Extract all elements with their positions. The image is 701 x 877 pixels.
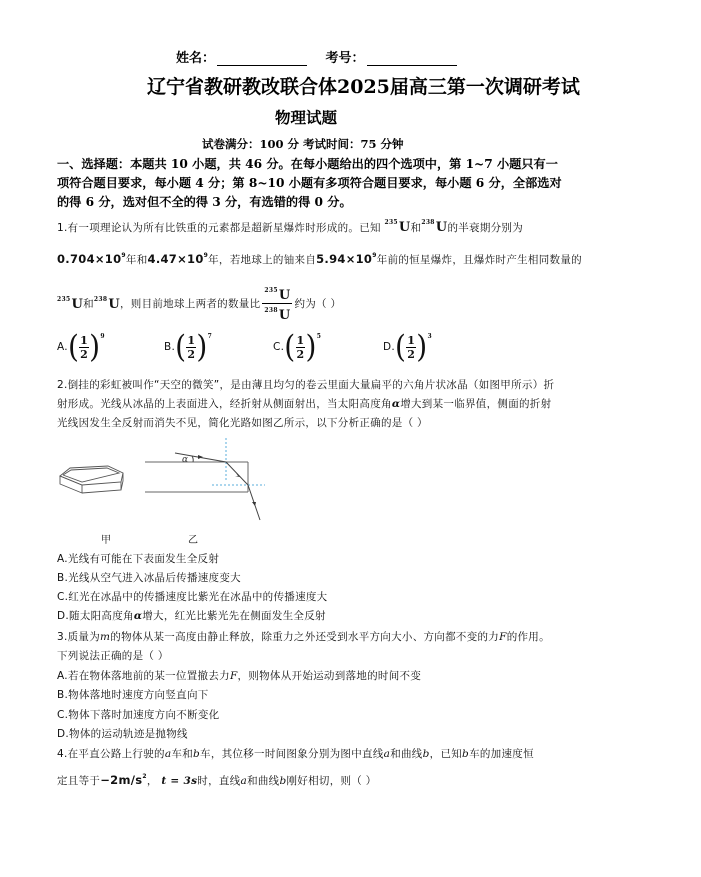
figure-label-jia: 甲 <box>101 531 111 546</box>
time-expression: t = 3s <box>161 775 197 787</box>
figure-label-yi: 乙 <box>188 531 198 546</box>
half-life-u238: 4.47×109 <box>148 252 209 266</box>
q1-option-d[interactable]: D. (12)3 <box>383 333 432 361</box>
q2-option-c[interactable]: C.红光在冰晶中的传播速度比紫光在冰晶中的传播速度大 <box>57 589 327 604</box>
name-blank <box>217 53 307 66</box>
alpha-symbol: α <box>392 398 400 410</box>
section-instructions-line2: 项符合题目要求，每小题 4 分；第 8~10 小题有多项符合题目要求，每小题 6… <box>57 174 562 191</box>
q4-stem-line2: 定且等于−2m/s2， t = 3s时，直线a和曲线b刚好相切，则（ ） <box>57 773 377 788</box>
half-life-u235: 0.704×109 <box>57 252 126 266</box>
q2-option-a[interactable]: A.光线有可能在下表面发生全反射 <box>57 551 219 566</box>
figure-yi-light-path: α <box>140 435 275 527</box>
q1-stem-line2: 0.704×109年和4.47×109年，若地球上的铀来自5.94×109年前的… <box>57 252 582 267</box>
section-instructions-line1: 一、选择题：本题共 10 小题，共 46 分。在每小题给出的四个选项中，第 1~… <box>57 155 558 172</box>
q2-option-d[interactable]: D.随太阳高度角α增大，红光比紫光先在侧面发生全反射 <box>57 608 326 623</box>
q1-option-a[interactable]: A. (12)9 <box>57 333 105 361</box>
q1-option-b[interactable]: B. (12)7 <box>164 333 212 361</box>
figure-jia-hexagonal-crystal <box>55 462 130 497</box>
q3-option-d[interactable]: D.物体的运动轨迹是抛物线 <box>57 726 188 741</box>
subject-title: 物理试题 <box>275 106 337 128</box>
isotope-u235: 235U <box>57 296 83 312</box>
acceleration-value: −2m/s2 <box>100 773 147 787</box>
section-instructions-line3: 的得 6 分，选对但不全的得 3 分，有选错的得 0 分。 <box>57 193 352 210</box>
exam-title: 辽宁省教研教改联合体2025届高三第一次调研考试 <box>147 72 580 99</box>
exam-info: 试卷满分：100 分 考试时间：75 分钟 <box>202 136 404 152</box>
q3-stem-line1: 3.质量为m的物体从某一高度由静止释放，除重力之外还受到水平方向大小、方向都不变… <box>57 629 550 644</box>
q2-stem-line1: 2.倒挂的彩虹被叫作“天空的微笑”，是由薄且均匀的卷云里面大量扁平的六角片状冰晶… <box>57 377 554 392</box>
candidate-info: 姓名： 考号： <box>176 47 463 66</box>
q1-stem-line1: 1.有一项理论认为所有比铁重的元素都是超新星爆炸时形成的。已知 235U和238… <box>57 219 523 235</box>
q2-option-b[interactable]: B.光线从空气进入冰晶后传播速度变大 <box>57 570 241 585</box>
name-label: 姓名： <box>176 51 215 66</box>
q3-option-c[interactable]: C.物体下落时加速度方向不断变化 <box>57 707 219 722</box>
svg-text:α: α <box>182 455 188 465</box>
q1-option-c[interactable]: C. (12)5 <box>273 333 321 361</box>
exam-id-label: 考号： <box>326 51 365 66</box>
q4-stem-line1: 4.在平直公路上行驶的a车和b车，其位移一时间图象分别为图中直线a和曲线b，已知… <box>57 746 534 761</box>
q1-text: 1.有一项理论认为所有比铁重的元素都是超新星爆炸时形成的。已知 <box>57 222 381 234</box>
ratio-fraction: 235U 238U <box>262 284 292 323</box>
q3-option-a[interactable]: A.若在物体落地前的某一位置撤去力F，则物体从开始运动到落地的时间不变 <box>57 668 421 683</box>
q2-stem-line2: 射形成。光线从冰晶的上表面进入，经折射从侧面射出，当太阳高度角α增大到某一临界值… <box>57 396 551 411</box>
q2-stem-line3: 光线因发生全反射而消失不见，简化光路如图乙所示，以下分析正确的是（ ） <box>57 415 428 430</box>
explosion-time: 5.94×109 <box>316 252 377 266</box>
exam-id-blank <box>367 53 457 66</box>
q3-stem-line2: 下列说法正确的是（ ） <box>57 648 169 663</box>
isotope-u238: 238U <box>94 296 120 312</box>
isotope-u235: 235U <box>384 220 410 235</box>
q3-option-b[interactable]: B.物体落地时速度方向竖直向下 <box>57 687 209 702</box>
q1-stem-line3: 235U和238U，则目前地球上两者的数量比 235U 238U 约为（ ） <box>57 284 341 323</box>
isotope-u238: 238U <box>421 220 447 235</box>
